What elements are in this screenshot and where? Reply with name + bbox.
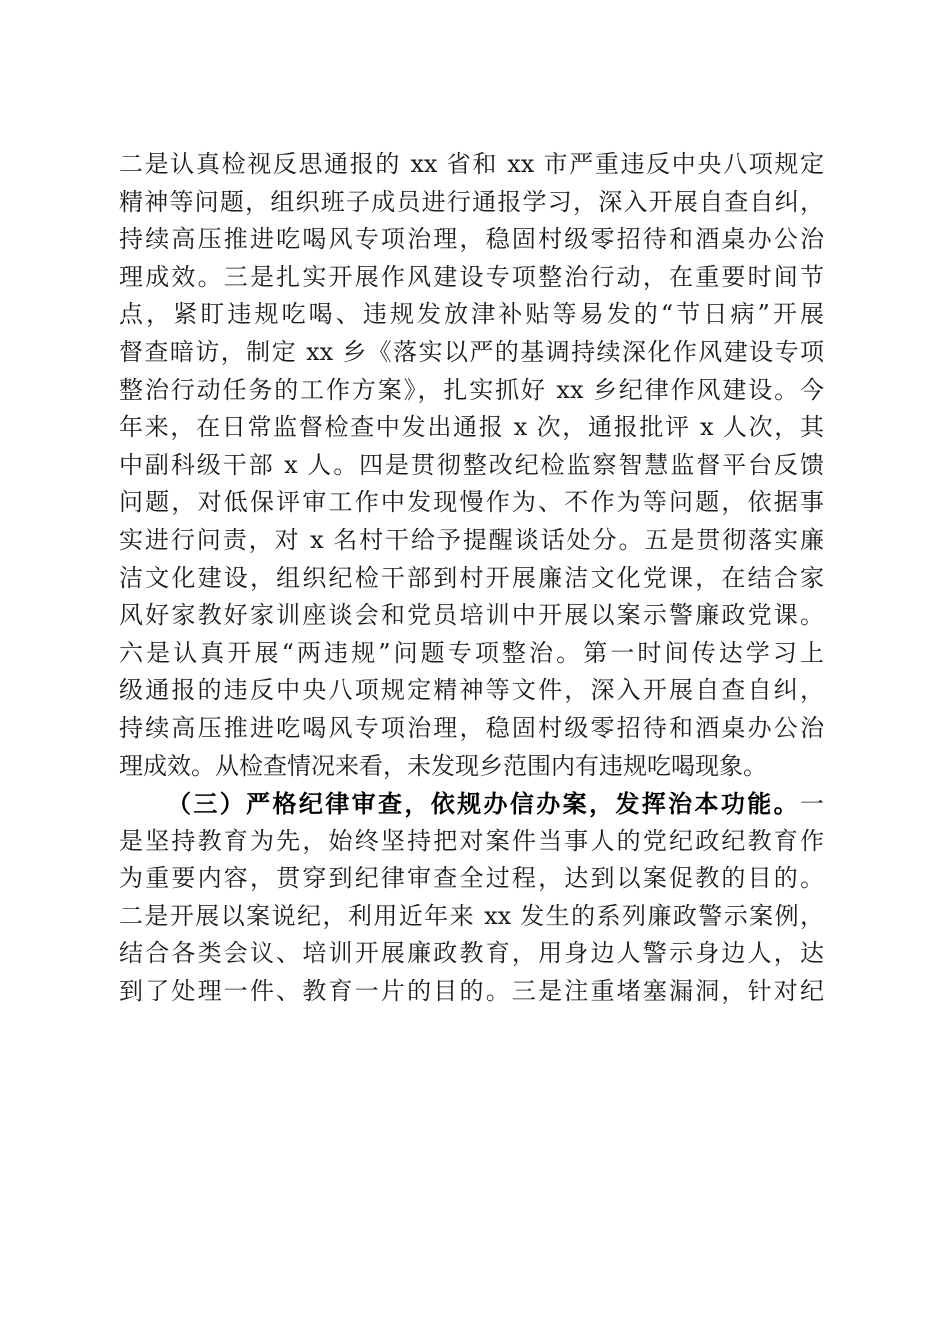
- text-line: 精神等问题，组织班子成员进行通报学习，深入开展自查自纠，: [119, 184, 824, 222]
- paragraph-disciplinary-style: 二是认真检视反思通报的 xx 省和 xx 市严重违反中央八项规定 精神等问题，组…: [119, 146, 824, 785]
- text-line: 问题，对低保评审工作中发现慢作为、不作为等问题，依据事: [119, 484, 824, 522]
- text-line: 结合各类会议、培训开展廉政教育，用身边人警示身边人，达: [119, 935, 824, 973]
- text-line: 为重要内容，贯穿到纪律审查全过程，达到以案促教的目的。: [119, 860, 824, 898]
- text-line: 整治行动任务的工作方案》，扎实抓好 xx 乡纪律作风建设。今: [119, 372, 824, 410]
- text-line: 是坚持教育为先，始终坚持把对案件当事人的党纪政纪教育作: [119, 823, 824, 861]
- text-line: 中副科级干部 x 人。四是贯彻整改纪检监察智慧监督平台反馈: [119, 447, 824, 485]
- section-three: （三）严格纪律审查，依规办信办案，发挥治本功能。一 是坚持教育为先，始终坚持把对…: [119, 785, 824, 1011]
- document-page: 二是认真检视反思通报的 xx 省和 xx 市严重违反中央八项规定 精神等问题，组…: [119, 146, 824, 1011]
- text-line: 督查暗访，制定 xx 乡《落实以严的基调持续深化作风建设专项: [119, 334, 824, 372]
- text-line: 到了处理一件、教育一片的目的。三是注重堵塞漏洞，针对纪: [119, 973, 824, 1011]
- text-line: 理成效。三是扎实开展作风建设专项整治行动，在重要时间节: [119, 259, 824, 297]
- heading-tail-text: 一: [800, 790, 824, 818]
- text-line: 年来，在日常监督检查中发出通报 x 次，通报批评 x 人次，其: [119, 409, 824, 447]
- text-line: 洁文化建设，组织纪检干部到村开展廉洁文化党课，在结合家: [119, 560, 824, 598]
- text-line: 六是认真开展“两违规”问题专项整治。第一时间传达学习上: [119, 635, 824, 673]
- text-line: 点，紧盯违规吃喝、违规发放津补贴等易发的“节日病”开展: [119, 296, 824, 334]
- text-line: 风好家教好家训座谈会和党员培训中开展以案示警廉政党课。: [119, 597, 824, 635]
- text-line: 实进行问责，对 x 名村干给予提醒谈话处分。五是贯彻落实廉: [119, 522, 824, 560]
- section-heading-line: （三）严格纪律审查，依规办信办案，发挥治本功能。一: [119, 785, 824, 823]
- text-line: 二是开展以案说纪，利用近年来 xx 发生的系列廉政警示案例，: [119, 898, 824, 936]
- text-line: 持续高压推进吃喝风专项治理，稳固村级零招待和酒桌办公治: [119, 221, 824, 259]
- section-heading: （三）严格纪律审查，依规办信办案，发挥治本功能。: [167, 789, 800, 818]
- text-line: 级通报的违反中央八项规定精神等文件，深入开展自查自纠，: [119, 672, 824, 710]
- text-line: 理成效。从检查情况来看，未发现乡范围内有违规吃喝现象。: [119, 748, 824, 786]
- text-line: 持续高压推进吃喝风专项治理，稳固村级零招待和酒桌办公治: [119, 710, 824, 748]
- text-line: 二是认真检视反思通报的 xx 省和 xx 市严重违反中央八项规定: [119, 146, 824, 184]
